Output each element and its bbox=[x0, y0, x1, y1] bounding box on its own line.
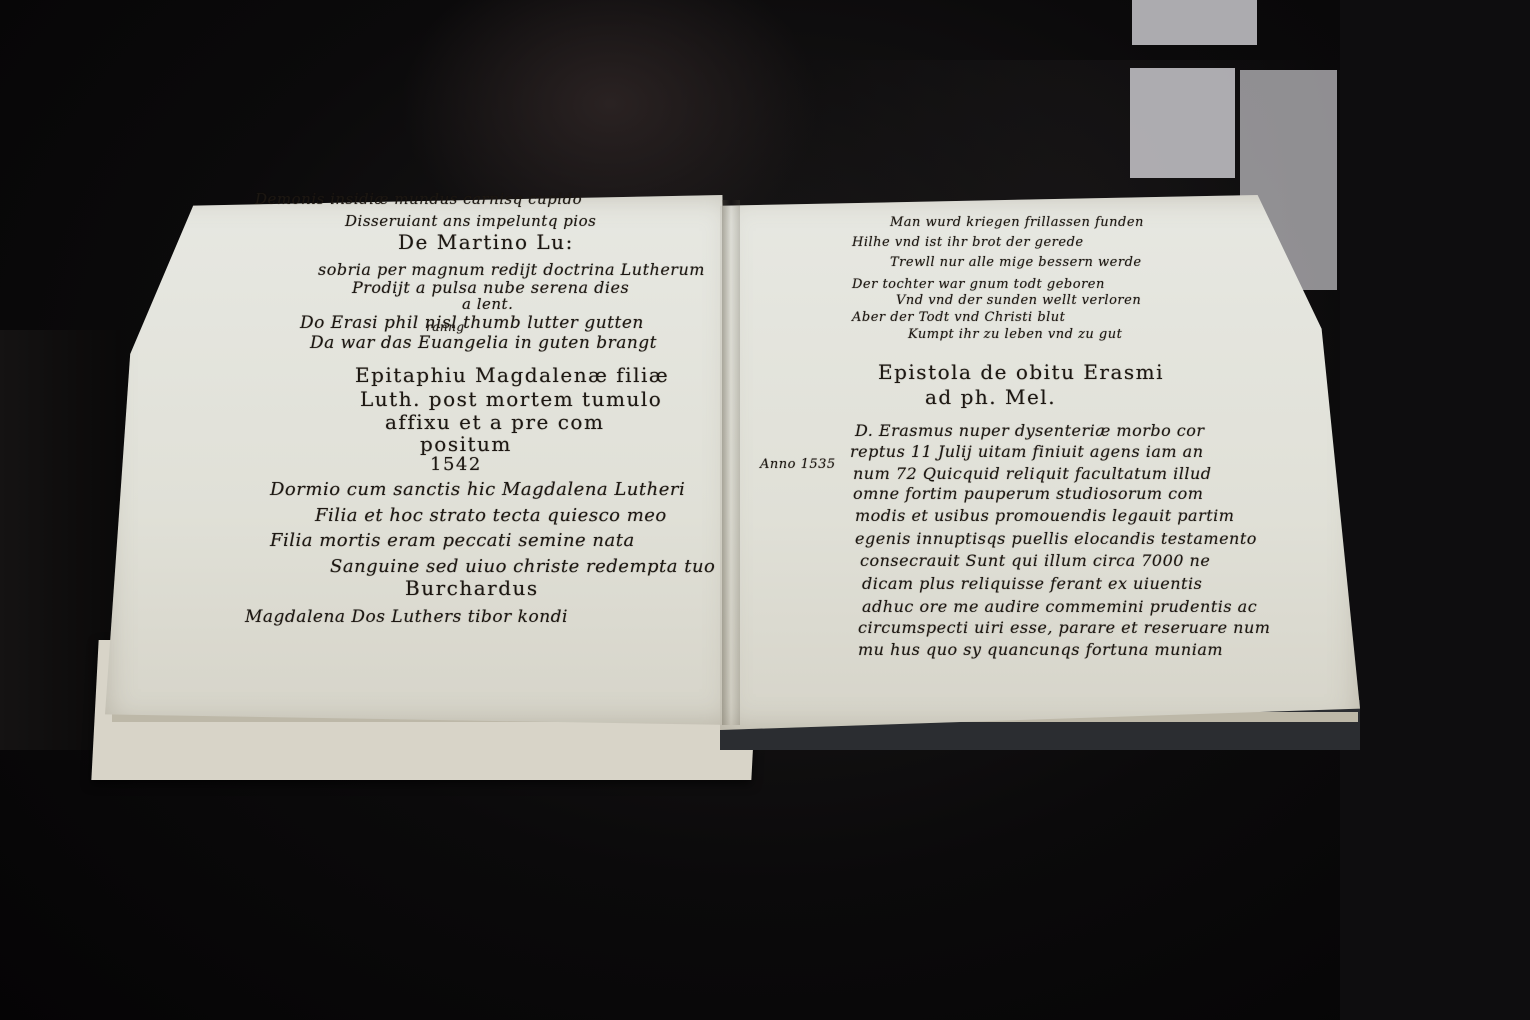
handwritten-line: Vnd vnd der sunden wellt verloren bbox=[896, 293, 1141, 308]
handwritten-line: num 72 Quicquid reliquit facultatum illu… bbox=[853, 464, 1212, 483]
handwritten-line: Aber der Todt vnd Christi blut bbox=[852, 310, 1065, 325]
handwritten-line: Anno 1535 bbox=[760, 457, 836, 472]
handwritten-line: Filia mortis eram peccati semine nata bbox=[270, 530, 635, 551]
handwritten-line: dicam plus reliquisse ferant ex uiuentis bbox=[862, 574, 1202, 593]
handwritten-line: Hilhe vnd ist ihr brot der gerede bbox=[852, 235, 1084, 250]
handwritten-line: Epitaphiu Magdalenæ filiæ bbox=[355, 363, 669, 387]
handwritten-line: adhuc ore me audire commemini prudentis … bbox=[862, 597, 1257, 616]
handwritten-line: Luth. post mortem tumulo bbox=[360, 387, 662, 411]
handwritten-line: Magdalena Dos Luthers tibor kondi bbox=[245, 607, 568, 627]
handwritten-line: a lent. bbox=[462, 295, 513, 313]
handwritten-line: positum bbox=[420, 432, 512, 456]
handwritten-line: ad ph. Mel. bbox=[925, 385, 1056, 409]
handwritten-line: Man wurd kriegen frillassen funden bbox=[890, 215, 1144, 230]
handwritten-line: Disseruiant ans impeluntq pios bbox=[345, 212, 596, 230]
handwritten-line: Kumpt ihr zu leben vnd zu gut bbox=[908, 327, 1122, 342]
handwritten-line: Demonis insidiæ mundus carnisq cupido bbox=[255, 190, 582, 208]
handwritten-line: Burchardus bbox=[405, 576, 539, 600]
handwritten-line: 1542 bbox=[430, 454, 482, 475]
handwritten-line: Dormio cum sanctis hic Magdalena Lutheri bbox=[270, 479, 685, 500]
handwritten-line: modis et usibus promouendis legauit part… bbox=[855, 506, 1234, 525]
handwritten-line: Sanguine sed uiuo christe redempta tuo bbox=[330, 556, 715, 577]
handwritten-line: Da war das Euangelia in guten brangt bbox=[310, 333, 657, 353]
handwritten-line: omne fortim pauperum studiosorum com bbox=[853, 484, 1203, 503]
handwritten-line: ranng bbox=[426, 320, 465, 334]
handwritten-line: D. Erasmus nuper dysenteriæ morbo cor bbox=[855, 421, 1205, 440]
handwritten-line: circumspecti uiri esse, parare et reseru… bbox=[858, 618, 1270, 637]
handwritten-line: mu hus quo sy quancunqs fortuna muniam bbox=[858, 640, 1223, 659]
handwritten-line: Filia et hoc strato tecta quiesco meo bbox=[315, 505, 667, 526]
manuscript-book: Demonis insidiæ mundus carnisq cupidoDis… bbox=[0, 0, 1530, 1020]
handwritten-line: Der tochter war gnum todt geboren bbox=[852, 277, 1105, 292]
handwritten-line: sobria per magnum redijt doctrina Luther… bbox=[318, 260, 705, 279]
handwritten-line: reptus 11 Julij uitam finiuit agens iam … bbox=[850, 442, 1204, 461]
handwritten-line: consecrauit Sunt qui illum circa 7000 ne bbox=[860, 551, 1210, 570]
handwritten-line: egenis innuptisqs puellis elocandis test… bbox=[855, 529, 1257, 548]
handwritten-line: Epistola de obitu Erasmi bbox=[878, 360, 1164, 384]
book-gutter bbox=[722, 200, 740, 725]
handwritten-line: Trewll nur alle mige bessern werde bbox=[890, 255, 1142, 270]
handwritten-line: affixu et a pre com bbox=[385, 410, 604, 434]
handwritten-line: Do Erasi phil nisl thumb lutter gutten bbox=[300, 313, 644, 333]
handwritten-line: De Martino Lu: bbox=[398, 230, 574, 254]
